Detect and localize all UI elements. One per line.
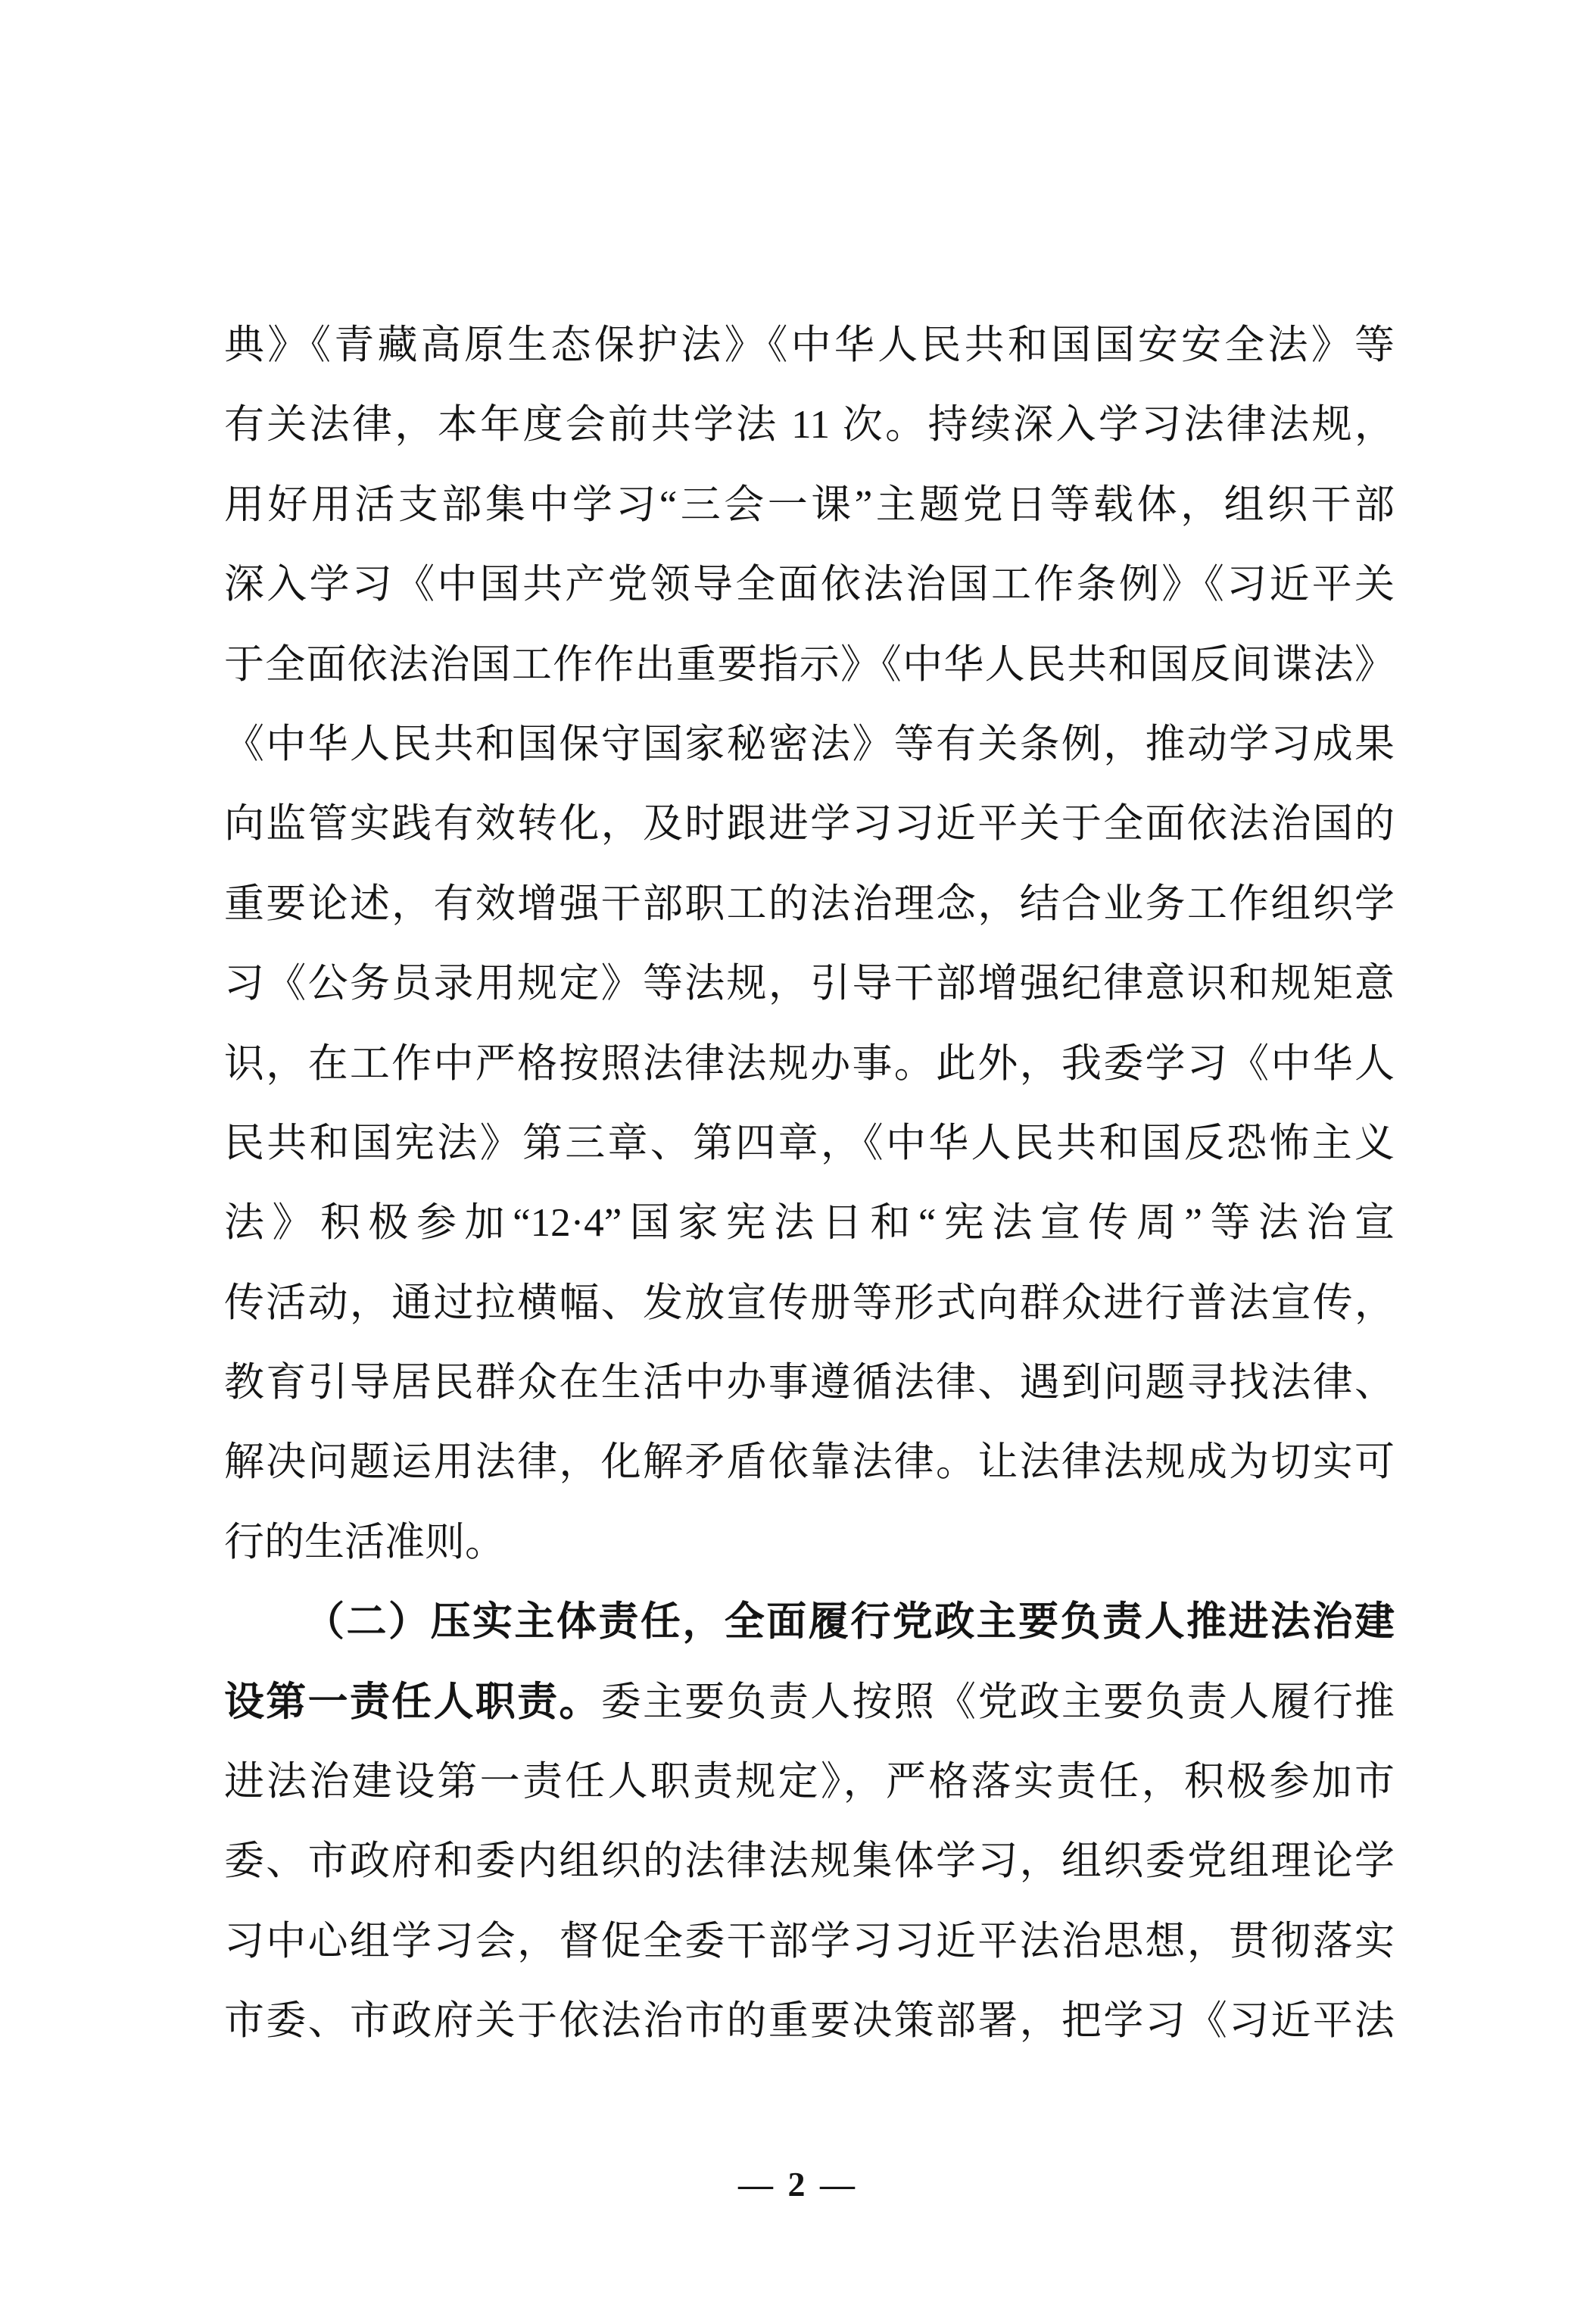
- text-line: 向监管实践有效转化，及时跟进学习习近平关于全面依法治国的: [224, 784, 1395, 864]
- text-line: 识，在工作中严格按照法律法规办事。此外，我委学习《中华人: [224, 1025, 1395, 1104]
- text-line: 深入学习《中国共产党领导全面依法治国工作条例》《习近平关: [224, 545, 1395, 625]
- text-line: 法》积极参加“12·4”国家宪法日和“宪法宣传周”等法治宣: [224, 1184, 1395, 1263]
- page-number: — 2 —: [0, 2164, 1596, 2204]
- text-line: 传活动，通过拉横幅、发放宣传册等形式向群众进行普法宣传，: [224, 1264, 1395, 1343]
- text-line: 委、市政府和委内组织的法律法规集体学习，组织委党组理论学: [224, 1822, 1395, 1901]
- text-line: 行的生活准则。: [224, 1503, 1395, 1583]
- text-segment: 委主要负责人按照《党政主要负责人履行推: [601, 1680, 1395, 1724]
- text-line: 进法治建设第一责任人职责规定》，严格落实责任，积极参加市: [224, 1742, 1395, 1822]
- text-line: 《中华人民共和国保守国家秘密法》等有关条例，推动学习成果: [224, 705, 1395, 784]
- text-line: 于全面依法治国工作作出重要指示》《中华人民共和国反间谍法》: [224, 625, 1395, 705]
- text-line: 教育引导居民群众在生活中办事遵循法律、遇到问题寻找法律、: [224, 1343, 1395, 1423]
- document-body-text: 典》《青藏高原生态保护法》《中华人民共和国国安安全法》等 有关法律，本年度会前共…: [224, 306, 1395, 2062]
- text-line: 民共和国宪法》第三章、第四章，《中华人民共和国反恐怖主义: [224, 1104, 1395, 1184]
- text-line: 典》《青藏高原生态保护法》《中华人民共和国国安安全法》等: [224, 306, 1395, 385]
- text-line: 市委、市政府关于依法治市的重要决策部署，把学习《习近平法: [224, 1982, 1395, 2061]
- text-line: 解决问题运用法律，化解矛盾依靠法律。让法律法规成为切实可: [224, 1423, 1395, 1502]
- text-line: 习中心组学习会，督促全委干部学习习近平法治思想，贯彻落实: [224, 1902, 1395, 1982]
- text-line: 有关法律，本年度会前共学法 11 次。持续深入学习法律法规，: [224, 385, 1395, 465]
- document-page: 典》《青藏高原生态保护法》《中华人民共和国国安安全法》等 有关法律，本年度会前共…: [0, 0, 1596, 2308]
- section-heading-line: （二）压实主体责任，全面履行党政主要负责人推进法治建: [224, 1583, 1395, 1662]
- text-line: 重要论述，有效增强干部职工的法治理念，结合业务工作组织学: [224, 865, 1395, 944]
- text-line-mixed: 设第一责任人职责。委主要负责人按照《党政主要负责人履行推: [224, 1663, 1395, 1742]
- section-heading-segment: 设第一责任人职责。: [224, 1680, 601, 1724]
- text-line: 习《公务员录用规定》等法规，引导干部增强纪律意识和规矩意: [224, 944, 1395, 1024]
- text-line: 用好用活支部集中学习“三会一课”主题党日等载体，组织干部: [224, 466, 1395, 545]
